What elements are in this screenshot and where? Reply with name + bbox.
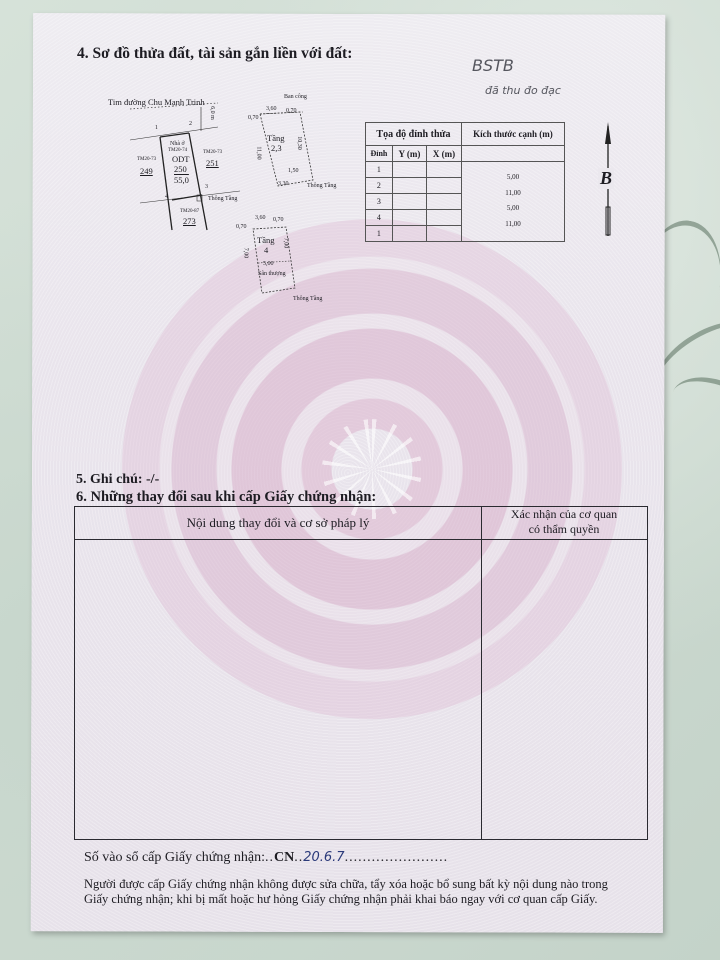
vent-label: Thông Tầng xyxy=(293,296,322,302)
dim-vent: 1,50 xyxy=(288,168,299,174)
floor-value: 2,3 xyxy=(271,143,282,153)
registry-number-line: Số vào sổ cấp Giấy chứng nhận:..CN..20.6… xyxy=(84,850,448,866)
balcony-label: Ban công xyxy=(284,94,307,100)
section4-title: 4. Sơ đồ thửa đất, tài sản gắn liền với … xyxy=(77,45,352,63)
col-x: X (m) xyxy=(427,146,462,162)
dim-top-left: 0,70 xyxy=(236,224,247,230)
floor-4-sketch xyxy=(245,220,305,295)
dim-top: 3,60 xyxy=(266,106,277,112)
coord-table-title: Tọa độ đỉnh thửa xyxy=(366,123,462,146)
parcel-area: 55,0 xyxy=(174,175,189,185)
dim-left: 7,00 xyxy=(242,248,248,259)
section6-title: 6. Những thay đổi sau khi cấp Giấy chứng… xyxy=(76,489,376,506)
table-row: 1 5,00 11,00 5,00 11,00 xyxy=(366,162,565,178)
parcel-number: 250 xyxy=(174,164,187,174)
registry-number-handwritten: 20.6.7 xyxy=(303,850,344,865)
col-authority-confirmation: Xác nhận của cơ quan có thẩm quyền xyxy=(481,507,647,537)
dim-top-right: 0,70 xyxy=(286,108,297,114)
dim-top-left: 0,70 xyxy=(248,115,259,121)
vertex-2: 2 xyxy=(189,121,192,127)
dim-bottom: 3,30 xyxy=(278,181,289,187)
col-change-content: Nội dung thay đổi và cơ sở pháp lý xyxy=(75,515,481,531)
floor-value: 4 xyxy=(264,245,268,255)
handwritten-note: BSTB xyxy=(472,56,514,75)
registry-label: Số vào sổ cấp Giấy chứng nhận: xyxy=(84,850,265,865)
floor-label: Tầng xyxy=(257,235,274,245)
footer-notice: Người được cấp Giấy chứng nhận không đượ… xyxy=(84,877,608,907)
dim-top: 3,60 xyxy=(255,215,266,221)
neighbor-left-parcel: 249 xyxy=(140,166,153,176)
vent-label: Thông Tầng xyxy=(307,183,336,189)
col-y: Y (m) xyxy=(392,146,426,162)
neighbor-right-parcel: 251 xyxy=(206,158,219,168)
dim-left: 11,00 xyxy=(256,146,262,159)
vent-label: Thông Tầng xyxy=(208,196,237,202)
dim-terrace-width: 5,00 xyxy=(263,261,274,267)
vertex-3: 3 xyxy=(205,184,208,190)
vertex-coordinate-table: Tọa độ đỉnh thửa Kích thước cạnh (m) Đỉn… xyxy=(365,122,565,242)
map-sheet-main: TM20-74 xyxy=(168,148,187,153)
edge-length-header: Kích thước cạnh (m) xyxy=(461,123,564,146)
edge-lengths: 5,00 11,00 5,00 11,00 xyxy=(461,162,564,242)
changes-table: Nội dung thay đổi và cơ sở pháp lý Xác n… xyxy=(74,506,648,840)
section5-note: 5. Ghi chú: -/- xyxy=(76,472,159,488)
road-distance: 6,0 m xyxy=(209,106,215,120)
floor-2-3-sketch xyxy=(245,100,325,190)
house-note: Nhà ở xyxy=(170,141,185,147)
neighbor-bottom-sheet: TM20-87 xyxy=(180,209,199,214)
road-label: Tim đường Chu Mạnh Trinh xyxy=(108,97,205,107)
dim-right: 10,30 xyxy=(296,136,302,150)
floor-label: Tầng xyxy=(267,133,284,143)
terrace-label: Sân thượng xyxy=(258,270,286,278)
land-type: ODT xyxy=(172,154,189,164)
dim-top-right: 0,70 xyxy=(273,217,284,223)
handwritten-note-2: đã thu đo đạc xyxy=(485,84,561,97)
neighbor-bottom-parcel: 273 xyxy=(183,216,196,226)
neighbor-left-sheet: TM20-73 xyxy=(137,157,156,162)
vertex-1: 1 xyxy=(155,125,158,131)
col-vertex: Đỉnh xyxy=(366,146,393,162)
dim-right: 7,00 xyxy=(282,238,288,249)
neighbor-right-sheet: TM20-73 xyxy=(203,150,222,155)
registry-prefix: CN xyxy=(274,850,294,865)
north-label: B xyxy=(598,168,614,189)
vertex-4: 4 xyxy=(165,194,168,200)
